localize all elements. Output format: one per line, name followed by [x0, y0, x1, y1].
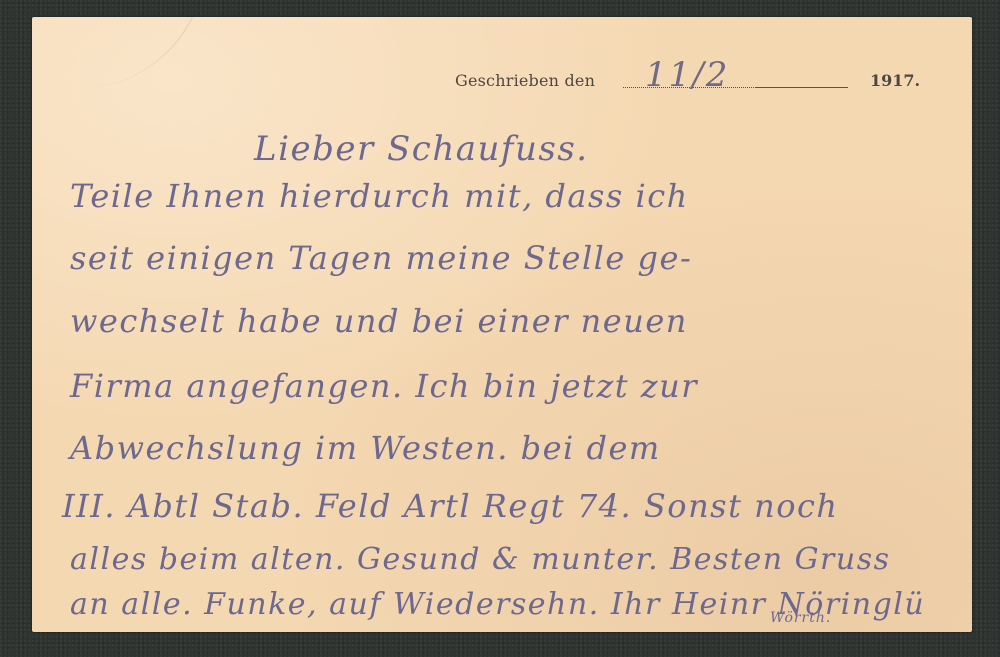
handwritten-line: wechselt habe und bei einer neuen — [70, 302, 688, 340]
handwritten-line: seit einigen Tagen meine Stelle ge- — [70, 239, 692, 277]
handwritten-line: alles beim alten. Gesund & munter. Beste… — [70, 542, 891, 577]
printed-year: 1917. — [870, 71, 920, 90]
paper-crease — [72, 17, 193, 87]
printed-date-header: Geschrieben den 11/2 1917. — [455, 69, 955, 99]
handwritten-line: Firma angefangen. Ich bin jetzt zur — [70, 367, 698, 405]
handwritten-line: III. Abtl Stab. Feld Artl Regt 74. Sonst… — [62, 487, 839, 525]
date-solid-line — [755, 87, 848, 88]
signature-place: Wörrth. — [770, 610, 831, 626]
salutation: Lieber Schaufuss. — [254, 129, 589, 169]
date-label: Geschrieben den — [455, 71, 595, 90]
handwritten-date: 11/2 — [645, 55, 729, 95]
postcard: Geschrieben den 11/2 1917. Lieber Schauf… — [32, 17, 972, 632]
handwritten-line: Teile Ihnen hierdurch mit, dass ich — [70, 177, 689, 215]
handwritten-line: Abwechslung im Westen. bei dem — [70, 429, 661, 467]
